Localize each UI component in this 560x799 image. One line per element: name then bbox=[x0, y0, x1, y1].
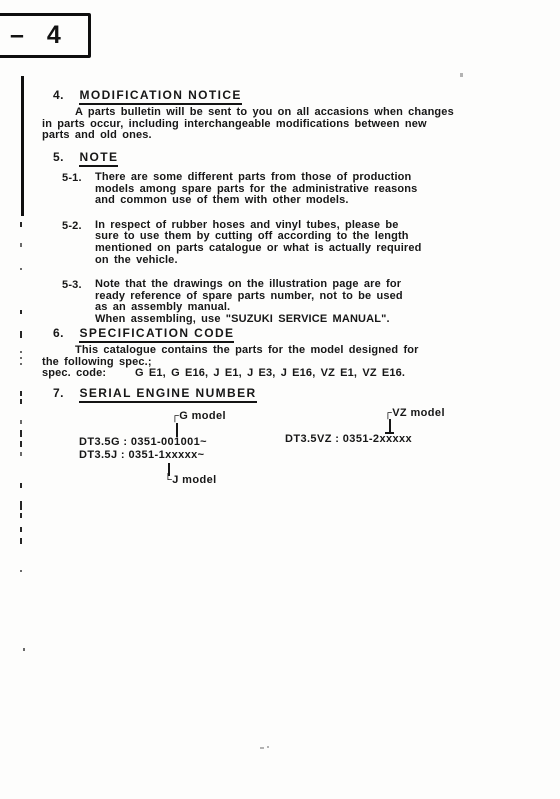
section-number: 4. bbox=[53, 89, 67, 102]
g-model-callout: ┌G model bbox=[171, 410, 226, 422]
g-model-leader-line bbox=[176, 423, 178, 437]
margin-artifact bbox=[20, 430, 22, 437]
body-line: There are some different parts from thos… bbox=[95, 172, 466, 184]
vz-model-callout: ┌VZ model bbox=[384, 407, 445, 419]
margin-artifact bbox=[20, 399, 22, 404]
margin-artifact bbox=[20, 243, 22, 247]
note-item-5-1: 5-1. There are some different parts from… bbox=[42, 172, 466, 207]
margin-artifact bbox=[20, 268, 22, 270]
body-line: A parts bulletin will be sent to you on … bbox=[42, 107, 466, 119]
margin-artifact bbox=[20, 538, 22, 544]
body-line: mentioned on parts catalogue or what is … bbox=[95, 243, 466, 255]
section-title: NOTE bbox=[79, 151, 118, 167]
margin-artifact bbox=[20, 310, 22, 314]
body-line: When assembling, use "SUZUKI SERVICE MAN… bbox=[95, 314, 466, 326]
margin-artifact bbox=[20, 441, 22, 447]
section-number: 5. bbox=[53, 151, 67, 164]
note-label: 5-2. bbox=[62, 220, 95, 266]
scan-speck bbox=[260, 747, 264, 749]
serial-dt3.5g: DT3.5G : 0351-001001~ bbox=[79, 436, 207, 448]
section-body: This catalogue contains the parts for th… bbox=[42, 345, 466, 380]
margin-artifact bbox=[20, 452, 22, 456]
section-modification-notice: 4. MODIFICATION NOTICE A parts bulletin … bbox=[42, 88, 466, 142]
margin-artifact bbox=[20, 391, 22, 396]
scan-speck bbox=[460, 73, 463, 77]
section-body: A parts bulletin will be sent to you on … bbox=[42, 107, 466, 142]
margin-artifact bbox=[20, 363, 22, 365]
section-number: 7. bbox=[53, 387, 67, 400]
body-line: parts and old ones. bbox=[42, 130, 466, 142]
section-heading: 5. NOTE bbox=[42, 150, 466, 167]
spec-code-row: spec. code: G E1, G E16, J E1, J E3, J E… bbox=[42, 368, 466, 380]
margin-artifact bbox=[20, 570, 22, 572]
spec-code-label: spec. code: bbox=[42, 368, 135, 380]
section-heading: 6. SPECIFICATION CODE bbox=[42, 326, 466, 343]
note-item-5-3: 5-3. Note that the drawings on the illus… bbox=[42, 279, 466, 325]
body-line: Note that the drawings on the illustrati… bbox=[95, 279, 466, 291]
section-title: MODIFICATION NOTICE bbox=[79, 89, 241, 105]
margin-artifact bbox=[20, 527, 22, 532]
scan-speck bbox=[267, 746, 269, 748]
note-item-5-2: 5-2. In respect of rubber hoses and viny… bbox=[42, 220, 466, 266]
page-number-box: – 4 bbox=[0, 13, 91, 58]
note-body: Note that the drawings on the illustrati… bbox=[95, 279, 466, 325]
margin-artifact bbox=[20, 222, 22, 227]
vz-model-leader-line bbox=[389, 419, 391, 433]
margin-artifact bbox=[20, 483, 22, 488]
section-number: 6. bbox=[53, 327, 67, 340]
section-heading: 4. MODIFICATION NOTICE bbox=[42, 88, 466, 105]
body-line: This catalogue contains the parts for th… bbox=[42, 345, 466, 357]
margin-artifact bbox=[20, 420, 22, 424]
section-heading: 7. SERIAL ENGINE NUMBER bbox=[42, 386, 466, 403]
margin-artifact bbox=[23, 648, 25, 651]
note-body: In respect of rubber hoses and vinyl tub… bbox=[95, 220, 466, 266]
section-title: SPECIFICATION CODE bbox=[79, 327, 234, 343]
page-number: – 4 bbox=[0, 21, 69, 50]
note-body: There are some different parts from thos… bbox=[95, 172, 466, 207]
j-model-callout: └J model bbox=[164, 474, 217, 486]
section-serial-engine-number: 7. SERIAL ENGINE NUMBER bbox=[42, 386, 466, 403]
serial-number-diagram: ┌G model DT3.5G : 0351-001001~ DT3.5J : … bbox=[42, 405, 528, 500]
section-note: 5. NOTE 5-1. There are some different pa… bbox=[42, 150, 466, 326]
binding-bar bbox=[21, 76, 24, 216]
margin-artifact bbox=[20, 351, 22, 353]
catalog-page: – 4 4. MODIFICATION NOTICE A parts bulle… bbox=[0, 0, 560, 799]
margin-artifact bbox=[20, 331, 22, 338]
body-line: on the vehicle. bbox=[95, 255, 466, 267]
note-label: 5-1. bbox=[62, 172, 95, 207]
spec-code-values: G E1, G E16, J E1, J E3, J E16, VZ E1, V… bbox=[135, 368, 405, 380]
serial-dt3.5j: DT3.5J : 0351-1xxxxx~ bbox=[79, 449, 205, 461]
note-label: 5-3. bbox=[62, 279, 95, 325]
section-title: SERIAL ENGINE NUMBER bbox=[79, 387, 256, 403]
margin-artifact bbox=[20, 501, 22, 510]
serial-dt3.5vz: DT3.5VZ : 0351-2xxxxx bbox=[285, 433, 412, 445]
section-specification-code: 6. SPECIFICATION CODE This catalogue con… bbox=[42, 326, 466, 380]
margin-artifact bbox=[20, 513, 22, 518]
margin-artifact bbox=[20, 357, 22, 359]
body-line: and common use of them with other models… bbox=[95, 195, 466, 207]
